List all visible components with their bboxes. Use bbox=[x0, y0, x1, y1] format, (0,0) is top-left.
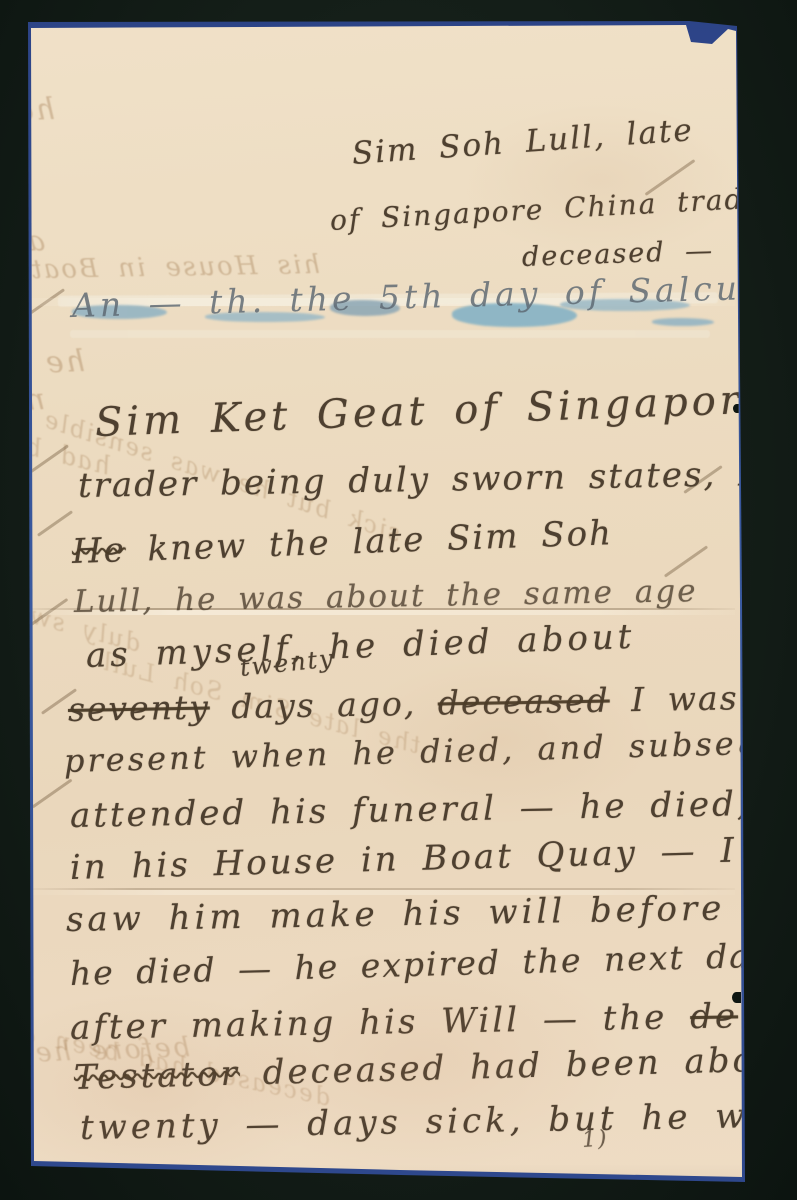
handwriting-line: twenty — days sick, but he was bbox=[80, 1096, 795, 1148]
line-text: after making his Will — the bbox=[70, 998, 668, 1048]
bleedthrough-line: twenty days ago I was present bbox=[0, 158, 16, 222]
handwriting-line: he died — he expired the next day bbox=[69, 936, 771, 993]
line-text: deceased had been about bbox=[262, 1039, 797, 1093]
line-text: days ago, bbox=[231, 684, 417, 726]
bleedthrough-line: he was about the same age as bbox=[0, 92, 56, 147]
struck-word: deceased bbox=[437, 681, 610, 723]
handwriting-header-line: of Singapore China trader bbox=[329, 181, 779, 237]
letter-paper: he was about the same age as twenty days… bbox=[0, 0, 797, 1200]
handwriting-header-line: deceased — bbox=[521, 235, 714, 273]
scanned-letter-photo: he was about the same age as twenty days… bbox=[0, 0, 797, 1200]
bleed-stroke bbox=[37, 510, 73, 537]
handwriting-line: He knew the late Sim Soh bbox=[71, 513, 613, 572]
handwriting-line: in his House in Boat Quay — I bbox=[69, 831, 737, 888]
handwriting-line: after making his Will — the de bbox=[70, 996, 739, 1048]
struck-word: Testator bbox=[73, 1054, 240, 1098]
struck-word: seventy bbox=[68, 688, 210, 729]
struck-word: de bbox=[690, 996, 739, 1037]
handwriting-line: Lull, he was about the same age bbox=[74, 573, 698, 620]
handwriting-line: present when he died, and subsequently bbox=[64, 721, 797, 780]
paper-edge-nick bbox=[732, 992, 741, 1003]
page-mark: 1) bbox=[581, 1126, 609, 1153]
line-text: knew the late Sim Soh bbox=[147, 513, 614, 569]
struck-word: He bbox=[71, 530, 126, 572]
handwriting-line: Sim Ket Geat of Singapore bbox=[94, 376, 771, 446]
blue-repair-patch bbox=[652, 318, 714, 326]
handwriting-header-line: Sim Soh Lull, late bbox=[351, 112, 695, 172]
handwriting-line: attended his funeral — he died, bbox=[70, 784, 751, 836]
handwriting-line: saw him make his will before bbox=[66, 888, 726, 940]
handwriting-line: as myself, he died about bbox=[85, 617, 636, 676]
repair-tape-strip bbox=[70, 330, 710, 338]
bleed-stroke bbox=[31, 779, 72, 809]
line-text: I was bbox=[631, 678, 739, 719]
